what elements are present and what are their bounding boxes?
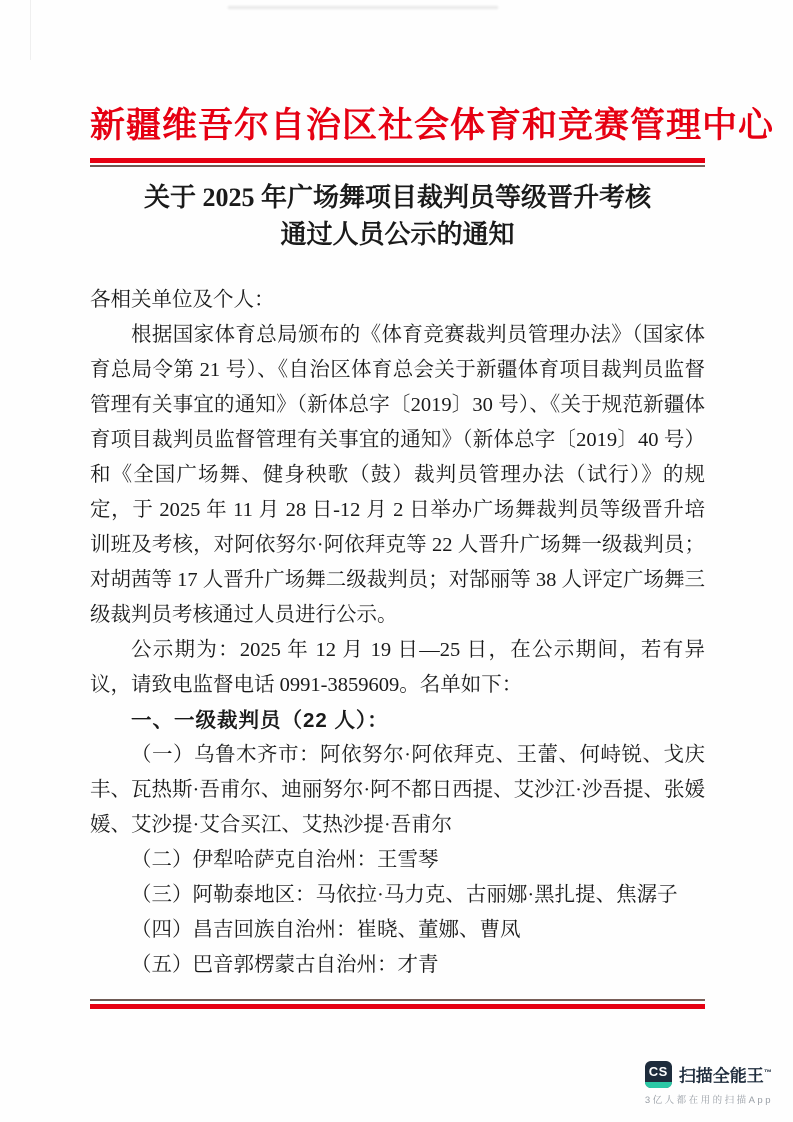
document-body: 各相关单位及个人： 根据国家体育总局颁布的《体育竞赛裁判员管理办法》（国家体育总… [90,283,705,983]
brand-name-text: 扫描全能王 [679,1066,764,1085]
header-divider-dark-line [90,165,705,167]
header-divider [90,158,705,167]
camscanner-logo-strip [645,1082,672,1088]
list-item-bayinguoleng: （五）巴音郭楞蒙古自治州：才青 [90,948,705,983]
camscanner-watermark: CS 扫描全能王™ 3亿人都在用的扫描App [645,1061,773,1106]
brand-tagline: 3亿人都在用的扫描App [645,1092,773,1106]
trademark-symbol: ™ [764,1068,772,1077]
brand-name: 扫描全能王™ [679,1063,772,1087]
list-item-aletai: （三）阿勒泰地区：马依拉·马力克、古丽娜·黑扎提、焦潺子 [90,878,705,913]
footer-divider-red-line [90,1004,705,1009]
intro-paragraph: 根据国家体育总局颁布的《体育竞赛裁判员管理办法》（国家体育总局令第 21 号）、… [90,318,705,633]
list-heading-first-grade: 一、一级裁判员（22 人）： [90,703,705,738]
salutation: 各相关单位及个人： [90,283,705,318]
footer-divider [90,999,705,1009]
document-content: 新疆维吾尔自治区社会体育和竞赛管理中心 关于 2025 年广场舞项目裁判员等级晋… [0,100,793,1009]
notice-period-paragraph: 公示期为：2025 年 12 月 19 日—25 日，在公示期间，若有异议，请致… [90,633,705,703]
list-item-yili: （二）伊犁哈萨克自治州：王雪琴 [90,843,705,878]
camscanner-logo-icon: CS [645,1061,672,1088]
doc-title-line-2: 通过人员公示的通知 [90,216,705,253]
scan-edge-artifact [30,0,31,60]
scanned-document-page: 新疆维吾尔自治区社会体育和竞赛管理中心 关于 2025 年广场舞项目裁判员等级晋… [0,0,793,1122]
camscanner-logo-text: CS [645,1062,672,1082]
org-title: 新疆维吾尔自治区社会体育和竞赛管理中心 [90,100,705,152]
brand-row: CS 扫描全能王™ [645,1061,773,1088]
scan-artifact [228,6,498,9]
doc-title-line-1: 关于 2025 年广场舞项目裁判员等级晋升考核 [90,179,705,216]
doc-title: 关于 2025 年广场舞项目裁判员等级晋升考核 通过人员公示的通知 [90,179,705,253]
list-item-urumqi: （一）乌鲁木齐市：阿依努尔·阿依拜克、王蕾、何峙锐、戈庆丰、瓦热斯·吾甫尔、迪丽… [90,738,705,843]
list-item-changji: （四）昌吉回族自治州：崔晓、董娜、曹凤 [90,913,705,948]
